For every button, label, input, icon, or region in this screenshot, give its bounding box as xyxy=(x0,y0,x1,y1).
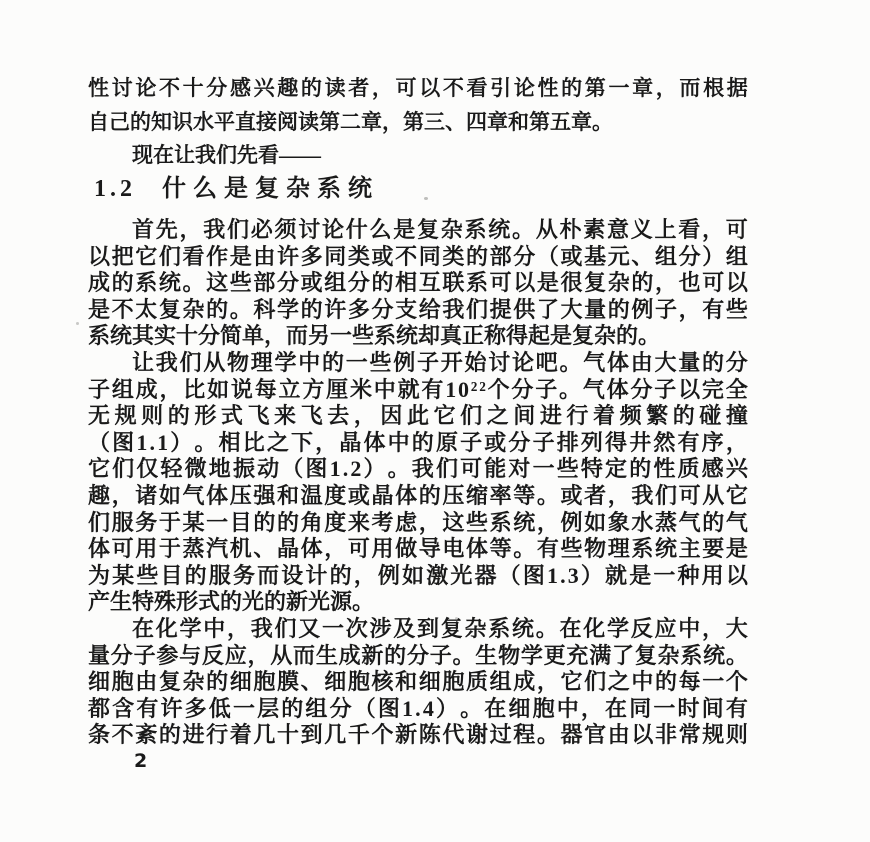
text-line: 量分子参与反应，从而生成新的分子。生物学更充满了复杂系统。 xyxy=(88,643,748,670)
text-line: 都含有许多低一层的组分（图1.4）。在细胞中，在同一时间有 xyxy=(88,696,748,723)
intro-paragraph: 性讨论不十分感兴趣的读者，可以不看引论性的第一章，而根据自己的知识水平直接阅读第… xyxy=(88,72,748,173)
text-line: 趣，诸如气体压强和温度或晶体的压缩率等。或者，我们可从它 xyxy=(88,483,748,510)
text-line: 们服务于某一目的的角度来考虑，这些系统，例如象水蒸气的气 xyxy=(88,510,748,537)
text-line: 无规则的形式飞来飞去，因此它们之间进行着频繁的碰撞 xyxy=(88,403,748,430)
text-line: 性讨论不十分感兴趣的读者，可以不看引论性的第一章，而根据 xyxy=(88,72,748,106)
text-line: 体可用于蒸汽机、晶体，可用做导电体等。有些物理系统主要是 xyxy=(88,536,748,563)
scan-speck xyxy=(455,617,458,620)
text-line: 细胞由复杂的细胞膜、细胞核和细胞质组成，它们之中的每一个 xyxy=(88,669,748,696)
scan-speck xyxy=(76,322,79,325)
section-number: 1.2 xyxy=(94,174,136,204)
text-line: 它们仅轻微地振动（图1.2）。我们可能对一些特定的性质感兴 xyxy=(88,456,748,483)
text-line: 以把它们看作是由许多同类或不同类的部分（或基元、组分）组 xyxy=(88,244,748,271)
section-title: 什么是复杂系统 xyxy=(162,174,379,204)
text-line: 为某些目的服务而设计的，例如激光器（图1.3）就是一种用以 xyxy=(88,563,748,590)
text-line: 系统其实十分简单，而另一些系统却真正称得起是复杂的。 xyxy=(88,323,748,350)
scan-speck xyxy=(424,197,428,200)
text-line: 是不太复杂的。科学的许多分支给我们提供了大量的例子，有些 xyxy=(88,297,748,324)
text-line: 产生特殊形式的光的新光源。 xyxy=(88,589,748,616)
scanned-book-page: 性讨论不十分感兴趣的读者，可以不看引论性的第一章，而根据自己的知识水平直接阅读第… xyxy=(0,0,870,842)
body-text: 首先，我们必须讨论什么是复杂系统。从朴素意义上看，可以把它们看作是由许多同类或不… xyxy=(88,217,748,749)
text-line: 子组成，比如说每立方厘米中就有10²²个分子。气体分子以完全 xyxy=(88,377,748,404)
text-line: 在化学中，我们又一次涉及到复杂系统。在化学反应中，大 xyxy=(88,616,748,643)
text-line: 条不紊的进行着几十到几千个新陈代谢过程。器官由以非常规则 xyxy=(88,722,748,749)
page-number: 2 xyxy=(134,749,147,773)
text-line: 让我们从物理学中的一些例子开始讨论吧。气体由大量的分 xyxy=(88,350,748,377)
text-line: 现在让我们先看—— xyxy=(88,139,748,173)
text-line: 成的系统。这些部分或组分的相互联系可以是很复杂的，也可以 xyxy=(88,270,748,297)
text-line: 自己的知识水平直接阅读第二章，第三、四章和第五章。 xyxy=(88,106,748,140)
text-line: 首先，我们必须讨论什么是复杂系统。从朴素意义上看，可 xyxy=(88,217,748,244)
section-heading: 1.2 什么是复杂系统 xyxy=(94,174,379,204)
text-line: （图1.1）。相比之下，晶体中的原子或分子排列得井然有序， xyxy=(88,430,748,457)
